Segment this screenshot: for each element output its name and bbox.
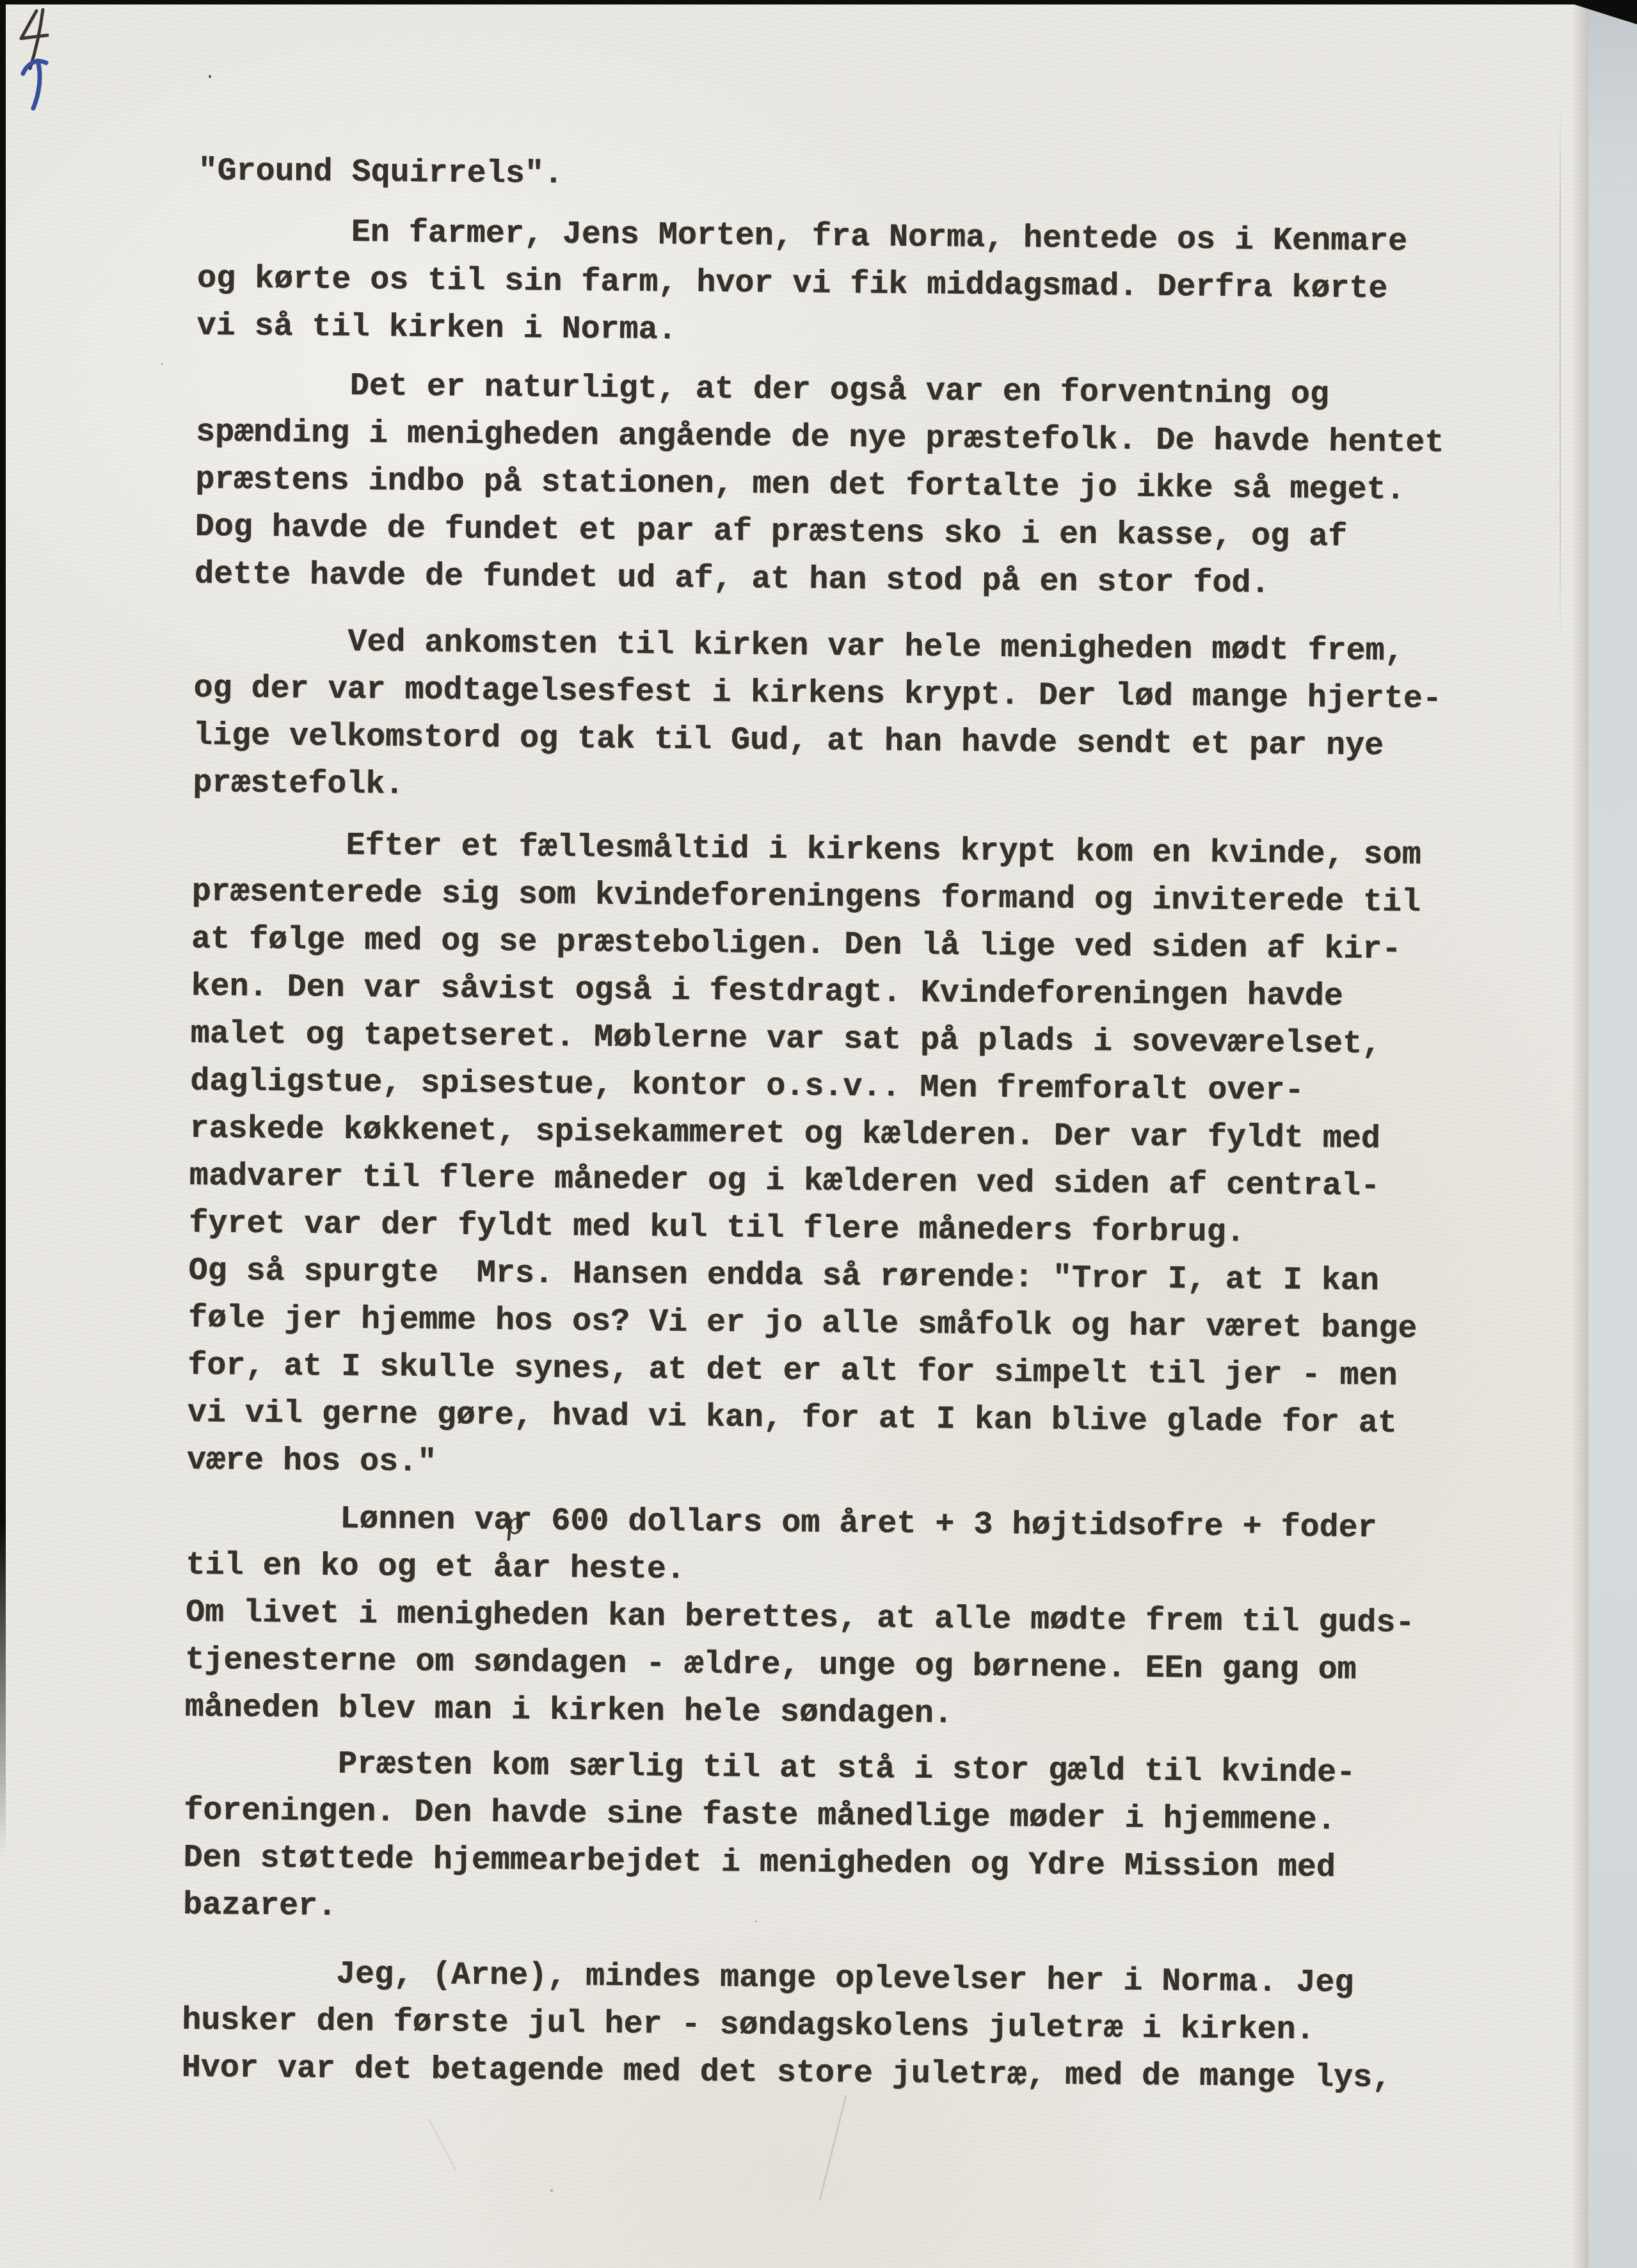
scan-edge-left [0,0,6,1856]
paper-sheet: p "Ground Squirrels". En farmer, Jens Mo… [0,3,1588,2268]
paper-wrinkle [428,2119,456,2170]
typewritten-text: "Ground Squirrels". En farmer, Jens Mort… [181,148,1503,2103]
scan-edge-top [0,0,1637,4]
blue-pen-strokes [20,56,59,117]
scanner-backing-strip [1582,0,1637,2268]
handwritten-blue-mark [20,56,59,120]
paper-wrinkle [818,2095,847,2201]
scanned-typewritten-page: { "page": { "language": "Danish", "handw… [0,0,1637,2268]
ink-speck [161,363,163,365]
ink-speck [550,2189,553,2192]
text-line: "Ground Squirrels". [198,148,1504,207]
paper-crease [1560,99,1561,650]
ink-speck [209,75,211,78]
